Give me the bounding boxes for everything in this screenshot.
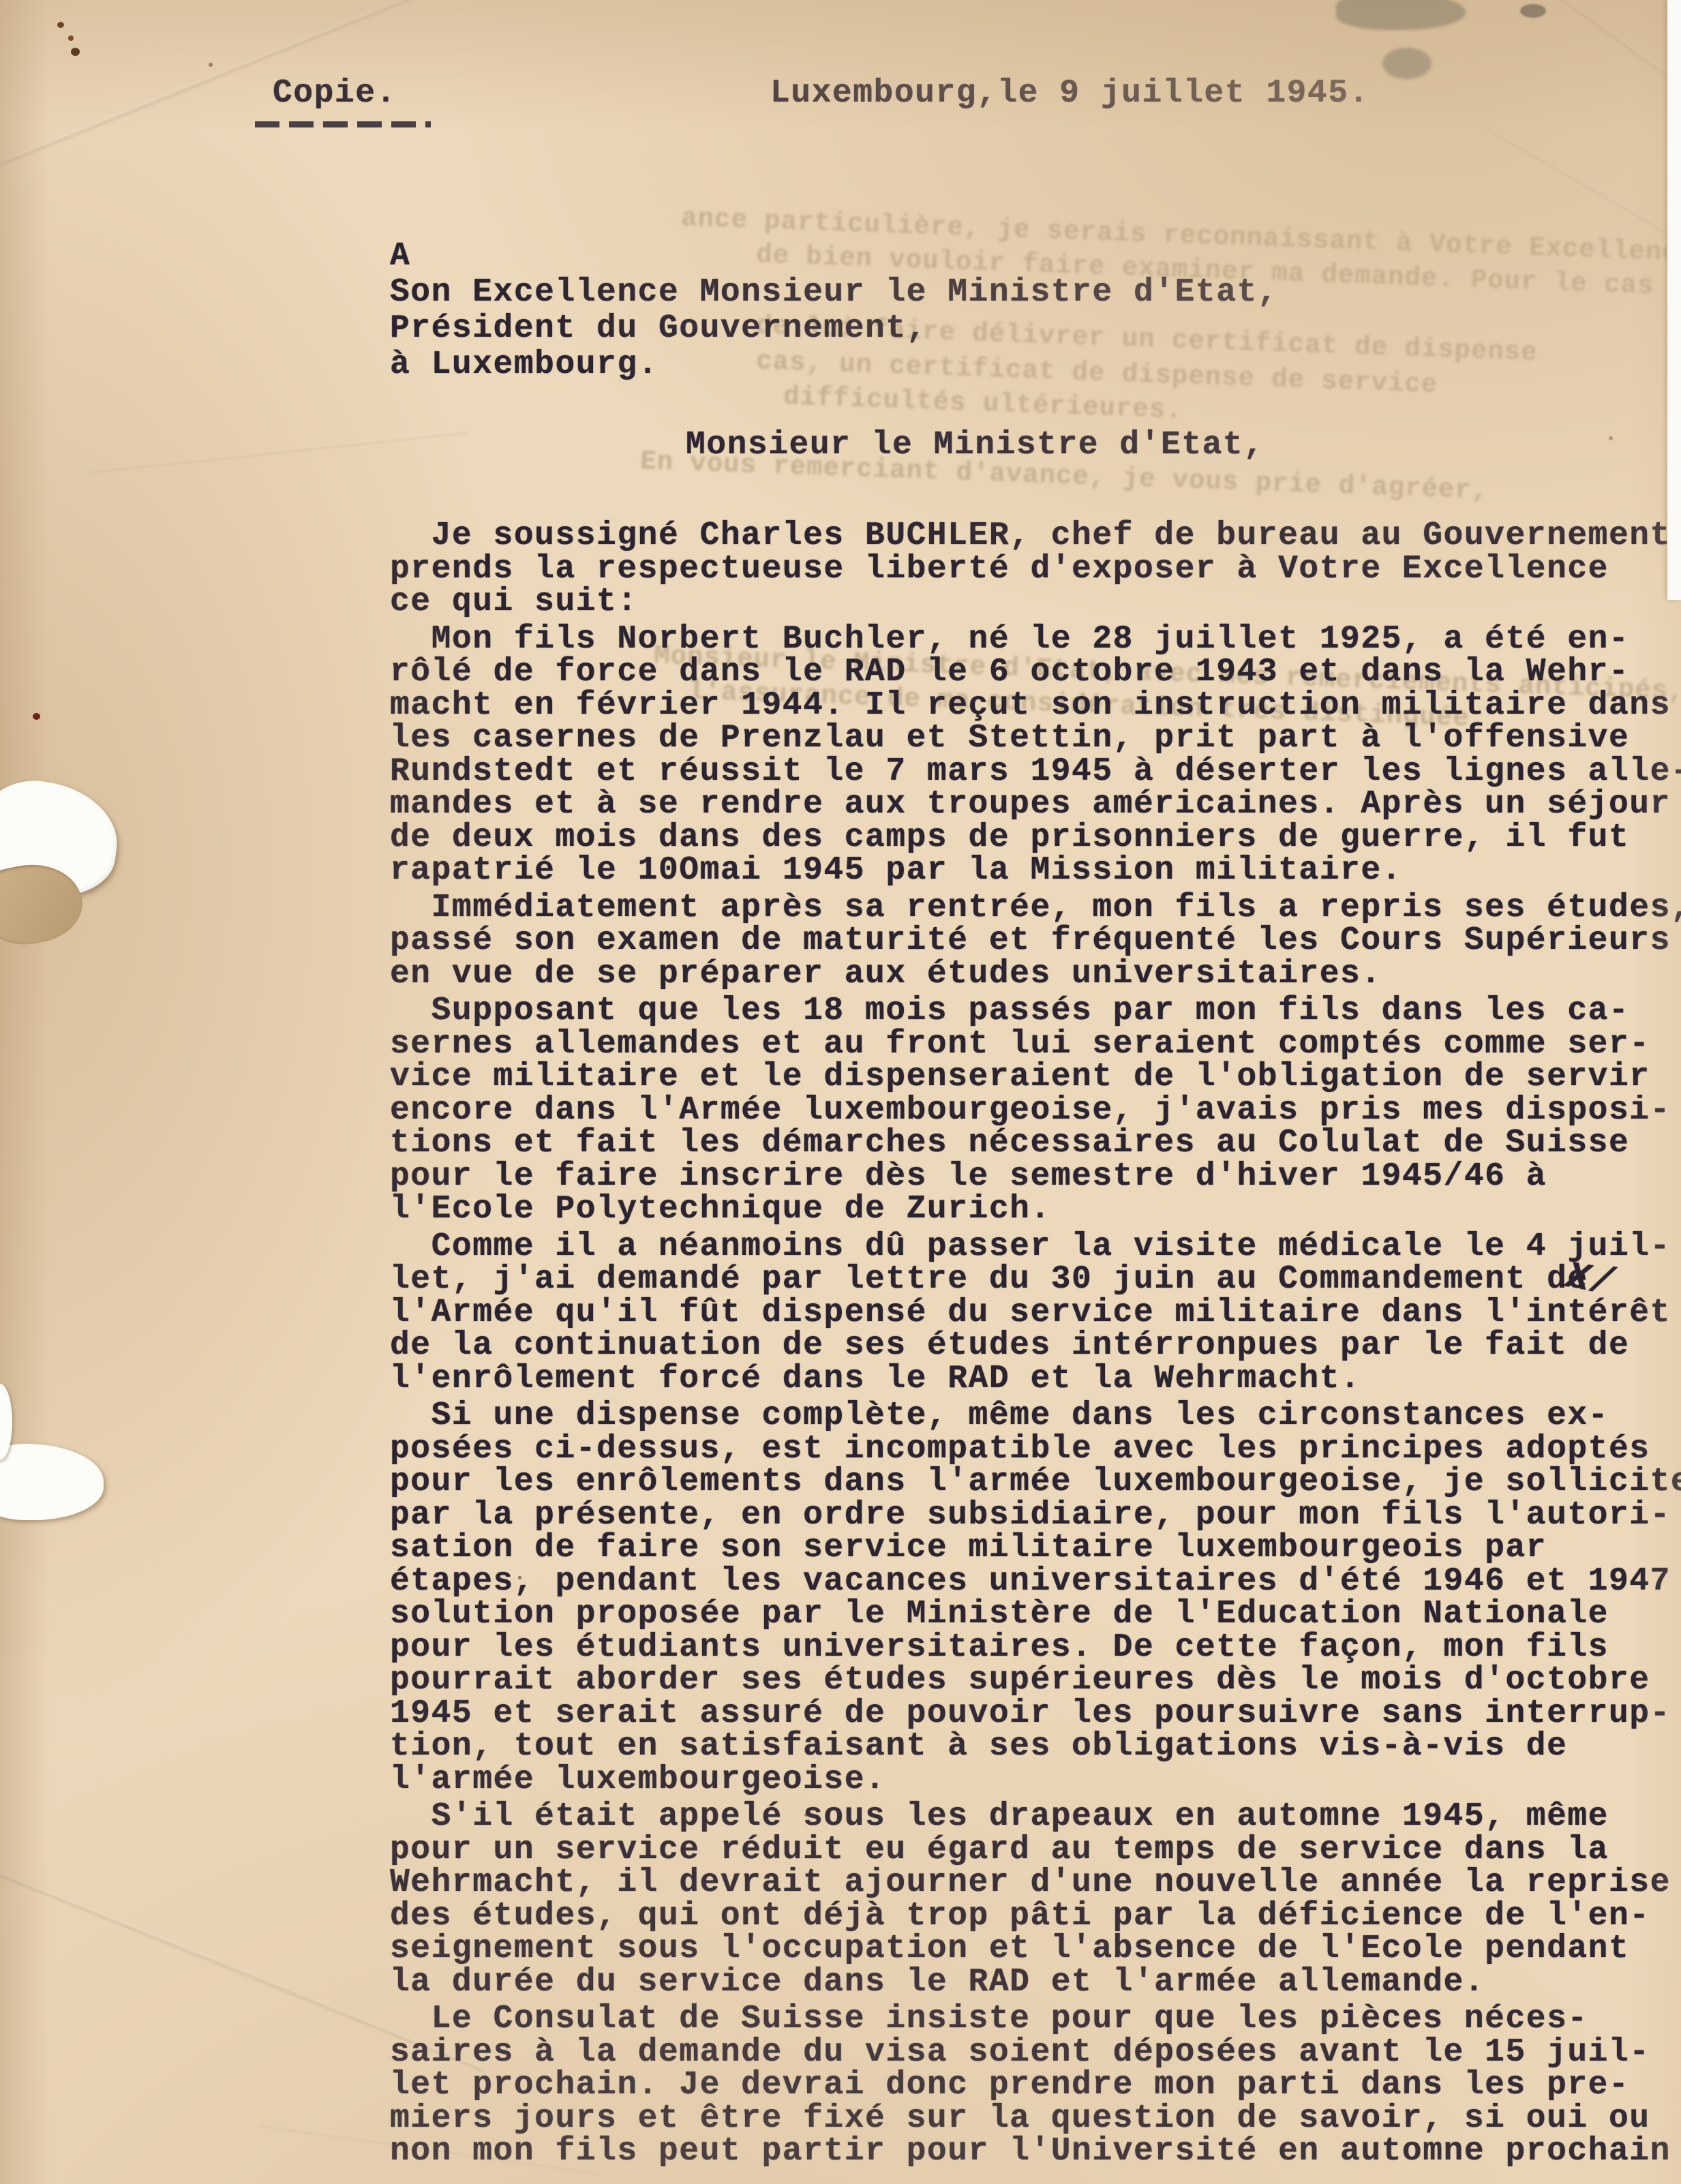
paper-crease bbox=[1486, 126, 1681, 286]
torn-hole bbox=[0, 1444, 104, 1520]
recipient-line: Président du Gouvernement, bbox=[390, 310, 927, 347]
salutation: Monsieur le Ministre d'Etat, bbox=[686, 427, 1264, 464]
smudge-stain bbox=[1382, 48, 1432, 79]
smudge-stain bbox=[1336, 0, 1466, 30]
paper-crease bbox=[89, 430, 469, 474]
paper-speck bbox=[71, 48, 80, 56]
paper-speck bbox=[1609, 436, 1613, 440]
body-paragraph: Mon fils Norbert Buchler, né le 28 juill… bbox=[390, 623, 1681, 888]
paper-speck bbox=[57, 22, 64, 28]
body-paragraph: Supposant que les 18 mois passés par mon… bbox=[390, 995, 1681, 1226]
paper-speck bbox=[209, 63, 213, 67]
paper-speck bbox=[68, 35, 74, 41]
body-paragraph: Je soussigné Charles BUCHLER, chef de bu… bbox=[390, 519, 1681, 619]
dateline: Luxembourg,le 9 juillet 1945. bbox=[770, 75, 1369, 112]
scanner-edge-strip bbox=[1667, 0, 1681, 600]
paper-speck bbox=[33, 713, 40, 720]
body-paragraph: S'il était appelé sous les drapeaux en a… bbox=[390, 1800, 1681, 1999]
copy-label: Copie. bbox=[273, 75, 397, 112]
body-paragraph: Si une dispense complète, même dans les … bbox=[390, 1399, 1681, 1796]
body-paragraph: Le Consulat de Suisse insiste pour que l… bbox=[390, 2003, 1681, 2168]
recipient-address: A Son Excellence Monsieur le Ministre d'… bbox=[390, 239, 1278, 383]
recipient-line: Son Excellence Monsieur le Ministre d'Et… bbox=[390, 274, 1278, 311]
copy-label-underline bbox=[255, 121, 431, 127]
smudge-stain bbox=[1520, 4, 1546, 18]
body-paragraph: Comme il a néanmoins dû passer la visite… bbox=[390, 1230, 1681, 1396]
letter-body: Je soussigné Charles BUCHLER, chef de bu… bbox=[390, 519, 1681, 2172]
handwritten-mark: X/ bbox=[1563, 1254, 1618, 1305]
body-paragraph: Immédiatement après sa rentrée, mon fils… bbox=[390, 892, 1681, 991]
bleed-through-line: difficultés ultérieures. bbox=[783, 382, 1183, 425]
recipient-line: A bbox=[390, 238, 410, 275]
scanned-letter-page: ance particulière, je serais reconnaissa… bbox=[0, 0, 1681, 2184]
paper-crease bbox=[1440, 0, 1681, 136]
recipient-line: à Luxembourg. bbox=[390, 346, 658, 383]
